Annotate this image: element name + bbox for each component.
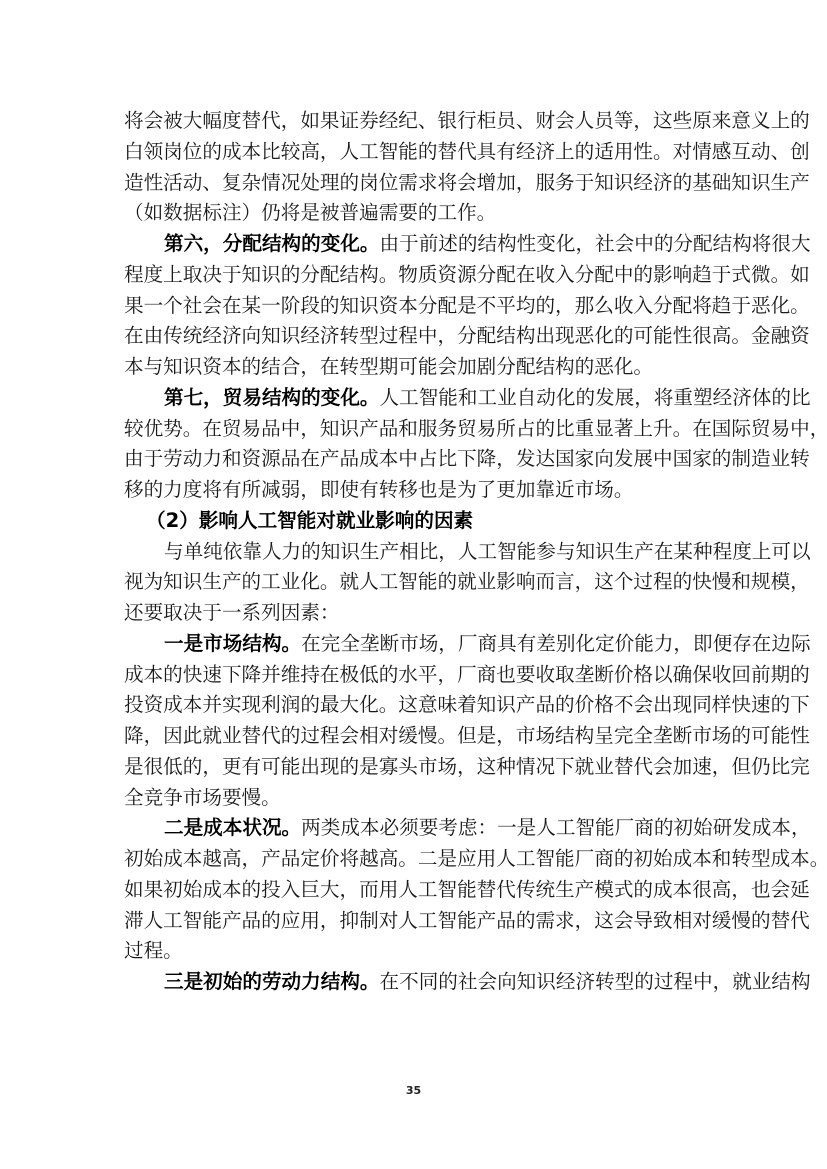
- text-line: 是很低的，更有可能出现的是寡头市场，这种情况下就业替代会加速，但仍比完: [124, 752, 702, 783]
- paragraph-lead: 第七，贸易结构的变化。: [164, 386, 380, 409]
- paragraph-text: 两类成本必须要考虑：一是人工智能厂商的初始研发成本，: [301, 816, 810, 839]
- text-line: 在由传统经济向知识经济转型过程中，分配结构出现恶化的可能性很高。金融资: [124, 321, 702, 352]
- text-line: 如果初始成本的投入巨大，而用人工智能替代传统生产模式的成本很高，也会延: [124, 875, 702, 906]
- text-line: 过程。: [124, 936, 702, 967]
- text-line: 第七，贸易结构的变化。人工智能和工业自动化的发展，将重塑经济体的比: [124, 383, 702, 414]
- text-line: 由于劳动力和资源品在产品成本中占比下降，发达国家向发展中国家的制造业转: [124, 444, 702, 475]
- text-line: 投资成本并实现利润的最大化。这意味着知识产品的价格不会出现同样快速的下: [124, 690, 702, 721]
- paragraph-labor-structure: 三是初始的劳动力结构。在不同的社会向知识经济转型的过程中，就业结构: [124, 967, 702, 998]
- text-line: 还要取决于一系列因素：: [124, 598, 702, 629]
- text-line: 与单纯依靠人力的知识生产相比，人工智能参与知识生产在某种程度上可以: [124, 537, 702, 568]
- paragraph-market-structure: 一是市场结构。在完全垄断市场，厂商具有差别化定价能力，即便存在边际 成本的快速下…: [124, 629, 702, 814]
- text-line: 白领岗位的成本比较高，人工智能的替代具有经济上的适用性。对情感互动、创: [124, 137, 702, 168]
- paragraph-text: 在完全垄断市场，厂商具有差别化定价能力，即便存在边际: [301, 632, 810, 655]
- page-number: 35: [0, 1084, 827, 1097]
- text-line: 本与知识资本的结合，在转型期可能会加剧分配结构的恶化。: [124, 352, 702, 383]
- text-line: 第六，分配结构的变化。由于前述的结构性变化，社会中的分配结构将很大: [124, 229, 702, 260]
- text-line: 程度上取决于知识的分配结构。物质资源分配在收入分配中的影响趋于式微。如: [124, 260, 702, 291]
- text-line: 移的力度将有所减弱，即使有转移也是为了更加靠近市场。: [124, 475, 702, 506]
- text-line: 初始成本越高，产品定价将越高。二是应用人工智能厂商的初始成本和转型成本。: [124, 844, 702, 875]
- paragraph-distribution-structure: 第六，分配结构的变化。由于前述的结构性变化，社会中的分配结构将很大 程度上取决于…: [124, 229, 702, 383]
- text-line: 造性活动、复杂情况处理的岗位需求将会增加，服务于知识经济的基础知识生产: [124, 168, 702, 199]
- paragraph-factors-intro: 与单纯依靠人力的知识生产相比，人工智能参与知识生产在某种程度上可以 视为知识生产…: [124, 537, 702, 629]
- paragraph-lead: 二是成本状况。: [164, 816, 301, 839]
- paragraph-cost-situation: 二是成本状况。两类成本必须要考虑：一是人工智能厂商的初始研发成本， 初始成本越高…: [124, 813, 702, 967]
- text-line: 果一个社会在某一阶段的知识资本分配是不平均的，那么收入分配将趋于恶化。: [124, 291, 702, 322]
- paragraph-lead: 三是初始的劳动力结构。: [164, 970, 380, 993]
- text-line: 较优势。在贸易品中，知识产品和服务贸易所占的比重显著上升。在国际贸易中，: [124, 414, 702, 445]
- text-line: 三是初始的劳动力结构。在不同的社会向知识经济转型的过程中，就业结构: [124, 967, 702, 998]
- document-page: 将会被大幅度替代，如果证券经纪、银行柜员、财会人员等，这些原来意义上的 白领岗位…: [124, 106, 702, 998]
- paragraph-trade-structure: 第七，贸易结构的变化。人工智能和工业自动化的发展，将重塑经济体的比 较优势。在贸…: [124, 383, 702, 506]
- text-line: 降，因此就业替代的过程会相对缓慢。但是，市场结构呈完全垄断市场的可能性: [124, 721, 702, 752]
- text-line: （如数据标注）仍将是被普遍需要的工作。: [124, 198, 702, 229]
- text-line: 一是市场结构。在完全垄断市场，厂商具有差别化定价能力，即便存在边际: [124, 629, 702, 660]
- text-line: 将会被大幅度替代，如果证券经纪、银行柜员、财会人员等，这些原来意义上的: [124, 106, 702, 137]
- paragraph-text: 由于前述的结构性变化，社会中的分配结构将很大: [380, 232, 811, 255]
- text-line: 成本的快速下降并维持在极低的水平，厂商也要收取垄断价格以确保收回前期的: [124, 660, 702, 691]
- text-line: 全竞争市场要慢。: [124, 783, 702, 814]
- paragraph-lead: 一是市场结构。: [164, 632, 301, 655]
- paragraph-text: 人工智能和工业自动化的发展，将重塑经济体的比: [380, 386, 811, 409]
- paragraph-continuation: 将会被大幅度替代，如果证券经纪、银行柜员、财会人员等，这些原来意义上的 白领岗位…: [124, 106, 702, 229]
- paragraph-text: 在不同的社会向知识经济转型的过程中，就业结构: [380, 970, 811, 993]
- text-line: 二是成本状况。两类成本必须要考虑：一是人工智能厂商的初始研发成本，: [124, 813, 702, 844]
- paragraph-lead: 第六，分配结构的变化。: [164, 232, 380, 255]
- section-heading: （2）影响人工智能对就业影响的因素: [124, 506, 702, 537]
- text-line: 滞人工智能产品的应用，抑制对人工智能产品的需求，这会导致相对缓慢的替代: [124, 906, 702, 937]
- text-line: 视为知识生产的工业化。就人工智能的就业影响而言，这个过程的快慢和规模，: [124, 567, 702, 598]
